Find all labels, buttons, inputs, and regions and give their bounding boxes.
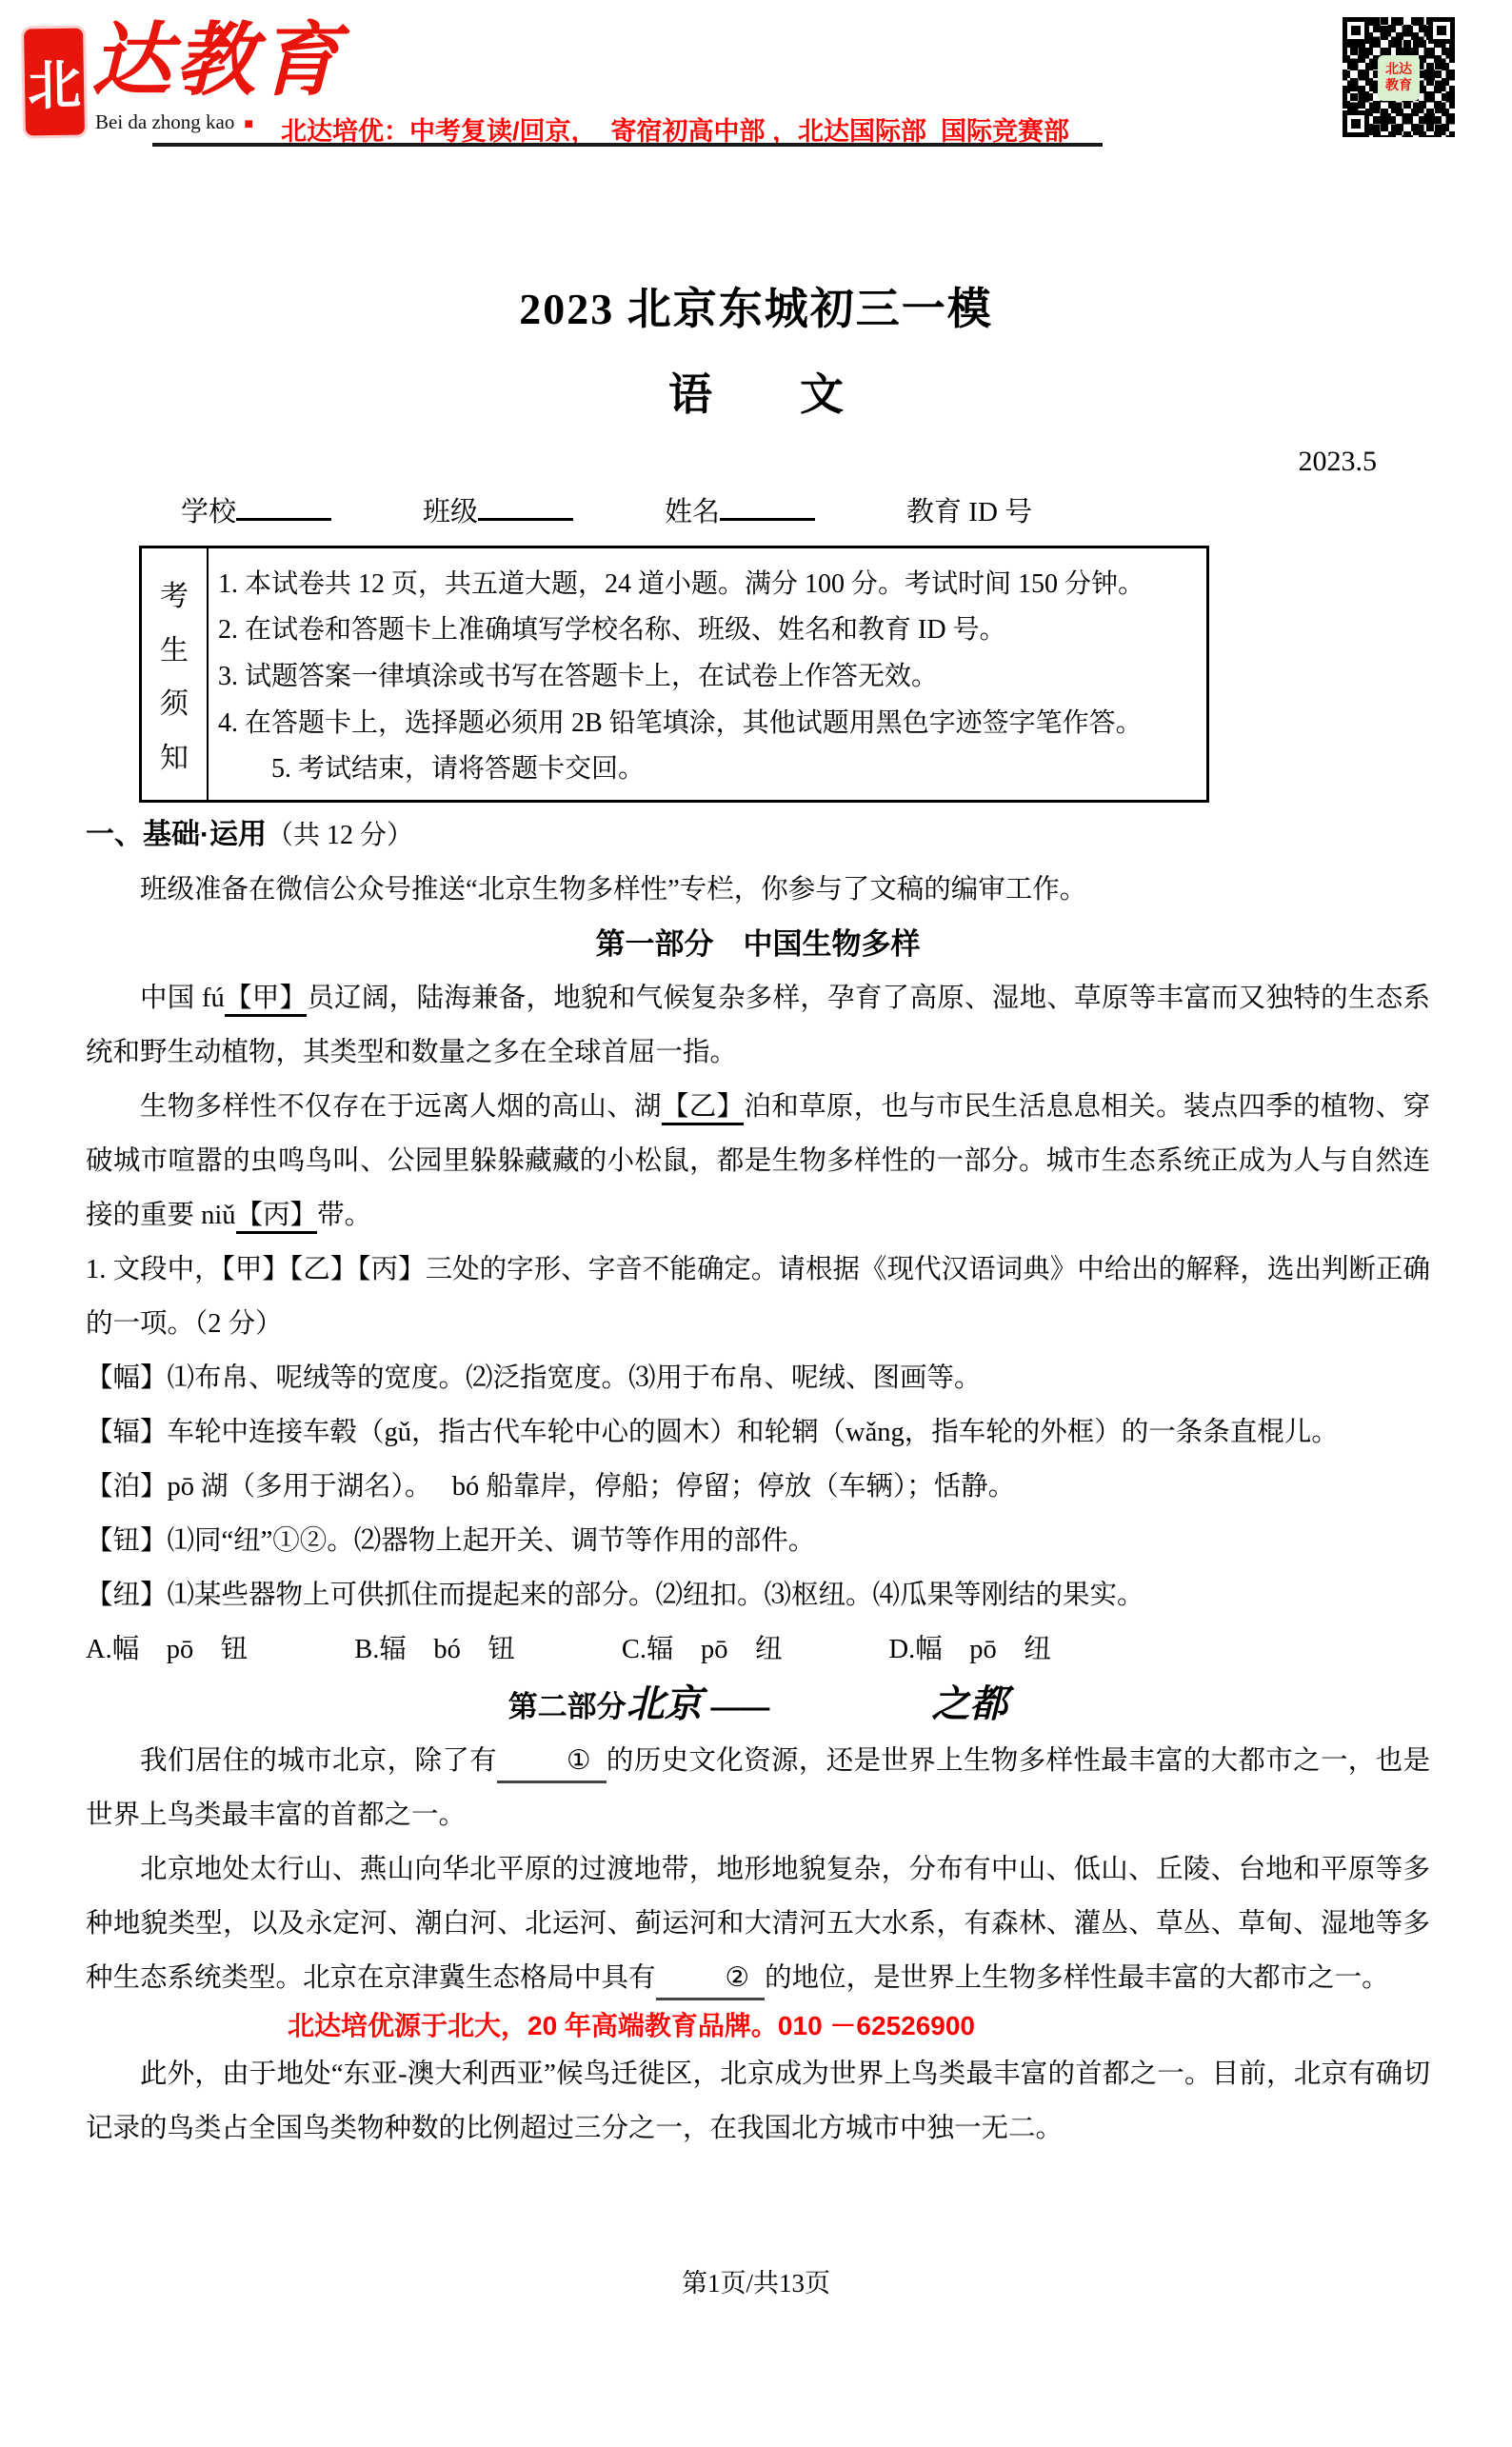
notice-item: 4. 在答题卡上，选择题必须用 2B 铅笔填涂，其他试题用黑色字迹签字笔作答。 bbox=[218, 702, 1189, 740]
dict-entry-po: 【泊】pō 湖（多用于湖名）。 bó 船靠岸，停船；停留；停放（车辆）；恬静。 bbox=[86, 1460, 1430, 1514]
part1-title: 第一部分 中国生物多样 bbox=[86, 917, 1430, 971]
dict-entry-fu1: 【幅】⑴布帛、呢绒等的宽度。⑵泛指宽度。⑶用于布帛、呢绒、图画等。 bbox=[86, 1351, 1430, 1405]
part2-dash: —— bbox=[710, 1690, 769, 1723]
brand-square-marker: ■ bbox=[244, 116, 253, 132]
brand-ad-line: 北达培优源于北大，20 年高端教育品牌。010 －62526900 bbox=[288, 2005, 1430, 2047]
dict-entry-fu2: 【辐】车轮中连接车毂（gǔ，指古代车轮中心的圆木）和轮辋（wǎng，指车轮的外框… bbox=[86, 1405, 1430, 1460]
brand-seal-character: 北 bbox=[27, 44, 81, 121]
notice-side-char: 生 bbox=[160, 627, 189, 668]
bracket-yi: 【乙】 bbox=[662, 1092, 745, 1125]
qr-finder-icon bbox=[1343, 110, 1369, 137]
name-field-label: 姓名 bbox=[665, 490, 720, 529]
class-field-label: 班级 bbox=[423, 490, 478, 529]
dict-entry-niu2: 【纽】⑴某些器物上可供抓住而提起来的部分。⑵纽扣。⑶枢纽。⑷瓜果等刚结的果实。 bbox=[86, 1568, 1430, 1622]
brand-seal-logo: 北 bbox=[24, 28, 85, 135]
exam-date: 2023.5 bbox=[1299, 446, 1378, 478]
option-b: B.辐 bó 钮 bbox=[354, 1622, 515, 1677]
section1-heading: 一、基础·运用（共 12 分） bbox=[86, 807, 1430, 863]
option-a: A.幅 pō 钮 bbox=[86, 1622, 248, 1677]
question-1-options: A.幅 pō 钮 B.辐 bó 钮 C.辐 pō 纽 D.幅 pō 纽 bbox=[86, 1622, 1430, 1677]
student-info-row: 学校班级姓名教育 ID 号 bbox=[181, 489, 1032, 529]
dict-entry-niu1: 【钮】⑴同“纽”①②。⑵器物上起开关、调节等作用的部件。 bbox=[86, 1514, 1430, 1568]
passage-paragraph-2: 生物多样性不仅存在于远离人烟的高山、湖【乙】泊和草原，也与市民生活息息相关。装点… bbox=[86, 1080, 1430, 1243]
candidate-notice-box: 考 生 须 知 1. 本试卷共 12 页，共五道大题，24 道小题。满分 100… bbox=[139, 546, 1209, 803]
qr-badge-text-line2: 教育 bbox=[1385, 78, 1412, 94]
part2-script-beijing: 北京 bbox=[627, 1681, 703, 1726]
part2-title: 第二部分北京 ——之都 bbox=[86, 1677, 1430, 1734]
passage2-paragraph-2: 北京地处太行山、燕山向华北平原的过渡地带，地形地貌复杂，分布有中山、低山、丘陵、… bbox=[86, 1842, 1430, 2005]
passage-paragraph-1: 中国 fú【甲】员辽阔，陆海兼备，地貌和气候复杂多样，孕育了高原、湿地、草原等丰… bbox=[86, 971, 1430, 1080]
bracket-bing: 【丙】 bbox=[236, 1201, 318, 1234]
exam-body: 一、基础·运用（共 12 分） 班级准备在微信公众号推送“北京生物多样性”专栏，… bbox=[86, 807, 1430, 2156]
education-id-label: 教育 ID 号 bbox=[906, 490, 1032, 529]
passage2-paragraph-3: 此外，由于地处“东亚-澳大利西亚”候鸟迁徙区，北京成为世界上鸟类最丰富的首都之一… bbox=[86, 2047, 1430, 2156]
option-c: C.辐 pō 纽 bbox=[622, 1622, 783, 1677]
notice-side-char: 考 bbox=[160, 572, 189, 614]
notice-item: 2. 在试卷和答题卡上准确填写学校名称、班级、姓名和教育 ID 号。 bbox=[218, 608, 1189, 647]
exam-paper-page: 北 达教育 Bei da zhong kao■ 北达培优：中考复读/回京， 寄宿… bbox=[0, 0, 1512, 2447]
brand-script-text: 达教育 bbox=[91, 8, 406, 112]
exam-title: 2023 北京东城初三一模 bbox=[0, 274, 1512, 337]
part2-script-zhidu: 之都 bbox=[931, 1681, 1007, 1726]
blank-circle-2: ② bbox=[656, 1960, 766, 2000]
notice-item: 5. 考试结束，请将答题卡交回。 bbox=[218, 747, 1189, 786]
section1-heading-points: （共 12 分） bbox=[267, 821, 413, 850]
notice-item: 1. 本试卷共 12 页，共五道大题，24 道小题。满分 100 分。考试时间 … bbox=[218, 563, 1189, 601]
notice-item: 3. 试题答案一律填涂或书写在答题卡上，在试卷上作答无效。 bbox=[218, 655, 1189, 693]
notice-item-list: 1. 本试卷共 12 页，共五道大题，24 道小题。满分 100 分。考试时间 … bbox=[209, 548, 1206, 800]
brand-pinyin-subtitle: Bei da zhong kao■ bbox=[95, 110, 253, 134]
section1-intro: 班级准备在微信公众号推送“北京生物多样性”专栏，你参与了文稿的编审工作。 bbox=[86, 863, 1430, 917]
qr-badge-text-line1: 北达 bbox=[1385, 62, 1412, 78]
exam-subject: 语 文 bbox=[0, 360, 1512, 423]
notice-side-char: 须 bbox=[160, 680, 189, 722]
page-number: 第1页/共13页 bbox=[0, 2262, 1512, 2299]
qr-code: 北达 教育 bbox=[1341, 15, 1457, 139]
qr-center-badge: 北达 教育 bbox=[1378, 55, 1420, 101]
qr-finder-icon bbox=[1343, 17, 1369, 44]
question-1: 1. 文段中，【甲】【乙】【丙】三处的字形、字音不能确定。请根据《现代汉语词典》… bbox=[86, 1243, 1430, 1351]
class-blank-line bbox=[478, 489, 573, 521]
notice-side-char: 知 bbox=[160, 734, 189, 776]
name-blank-line bbox=[720, 489, 815, 521]
header-divider-rule bbox=[152, 143, 1103, 147]
notice-side-label: 考 生 须 知 bbox=[142, 548, 209, 800]
option-d: D.幅 pō 纽 bbox=[889, 1622, 1051, 1677]
blank-circle-1: ① bbox=[497, 1742, 607, 1783]
bracket-jia: 【甲】 bbox=[225, 984, 308, 1017]
qr-finder-icon bbox=[1428, 17, 1455, 44]
school-field-label: 学校 bbox=[181, 490, 236, 529]
school-blank-line bbox=[236, 489, 331, 521]
passage2-paragraph-1: 我们居住的城市北京，除了有①的历史文化资源，还是世界上生物多样性最丰富的大都市之… bbox=[86, 1734, 1430, 1842]
